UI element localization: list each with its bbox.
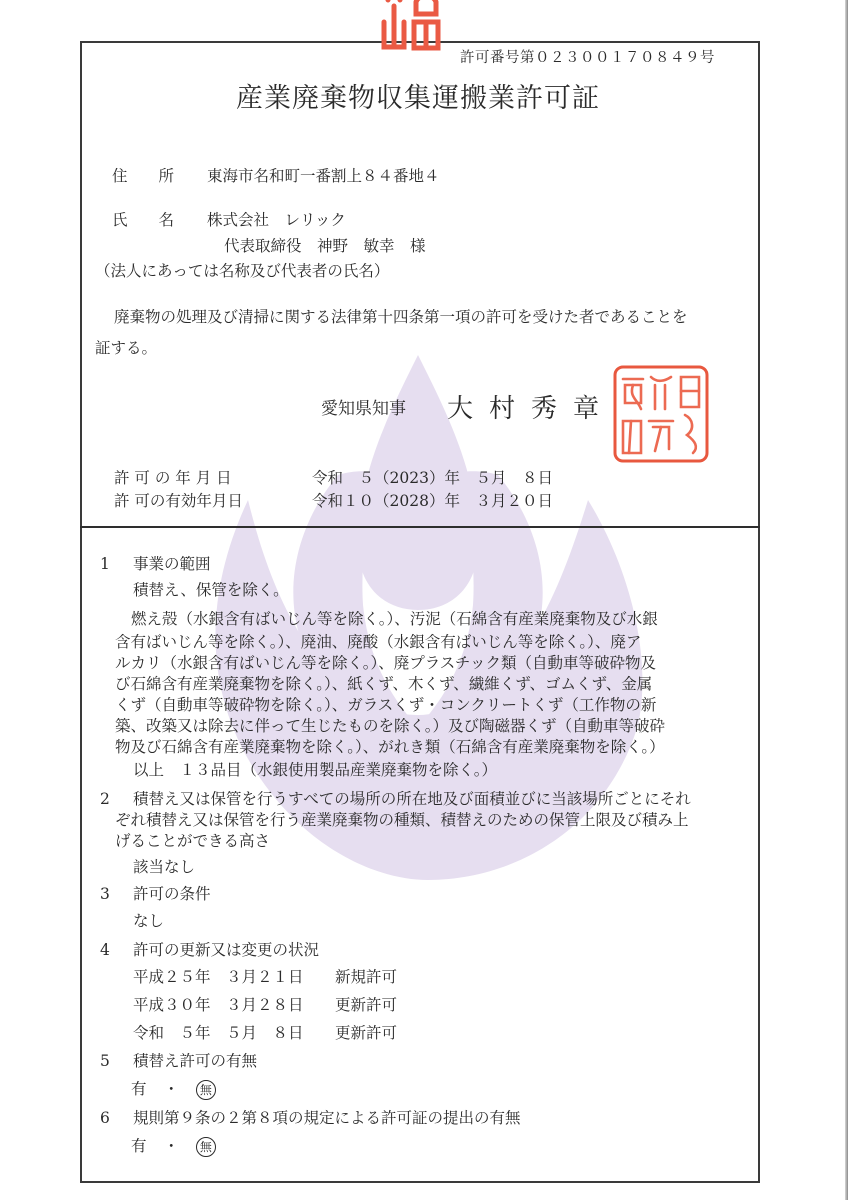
expiry-date-value: 令和１０（2028）年 ３月２０日 — [312, 491, 553, 511]
option-separator: ・ — [163, 1137, 179, 1155]
waste-list-line: び石綿含有産業廃棄物を除く。）、紙くず、木くず、繊維くず、ゴムくず、金属 — [115, 674, 665, 695]
section-1-waste-list: 燃え殻（水銀含有ばいじん等を除く。）、汚泥（石綿含有産業廃棄物及び水銀 含有ばい… — [115, 607, 665, 758]
waste-list-line: くず（自動車等破砕物を除く。）、ガラスくず・コンクリートくず（工作物の新 — [115, 695, 665, 716]
section-2-heading-line: 積替え又は保管を行うすべての場所の所在地及び面積並びに当該場所ごとにそれ — [133, 789, 691, 809]
section-1-number: 1 — [100, 554, 110, 574]
document-title: 産業廃棄物収集運搬業許可証 — [236, 82, 600, 116]
option-separator: ・ — [163, 1080, 179, 1098]
option-yes: 有 — [131, 1080, 147, 1098]
section-divider — [80, 526, 760, 528]
certification-line-1: 廃棄物の処理及び清掃に関する法律第十四条第一項の許可を受けた者であることを — [114, 307, 688, 327]
name-label: 氏 名 — [112, 210, 174, 230]
waste-list-line: ルカリ（水銀含有ばいじん等を除く。）、廃プラスチック類（自動車等破砕物及 — [115, 653, 665, 674]
permit-date-label: 許 可 の 年 月 日 — [114, 468, 232, 488]
permit-date-value: 令和 ５（2023）年 ５月 ８日 — [312, 468, 553, 488]
history-status: 新規許可 — [335, 967, 397, 987]
section-2-heading-line: ぞれ積替え又は保管を行う産業廃棄物の種類、積替えのための保管上限及び積み上 — [115, 810, 689, 830]
section-6-number: 6 — [100, 1108, 110, 1128]
section-2-heading-line: げることができる高さ — [115, 831, 270, 851]
holder-note: （法人にあっては名称及び代表者の氏名） — [95, 261, 389, 281]
section-2-number: 2 — [100, 789, 110, 809]
permit-number: 許可番号第０２３００１７０８４９号 — [460, 48, 715, 68]
section-6-heading: 規則第９条の２第８項の規定による許可証の提出の有無 — [133, 1108, 521, 1128]
expiry-date-label: 許 可の有効年月日 — [114, 491, 243, 511]
option-no-circled: 無 — [196, 1080, 216, 1100]
section-3-heading: 許可の条件 — [133, 884, 211, 904]
representative-name: 代表取締役 神野 敏幸 様 — [224, 236, 426, 256]
option-no-circled: 無 — [196, 1137, 216, 1157]
section-1-summary: 以上 １３品目（水銀使用製品産業廃棄物を除く。） — [133, 760, 497, 780]
section-1-line: 積替え、保管を除く。 — [133, 580, 289, 600]
certification-line-2: 証する。 — [95, 338, 157, 358]
section-4-heading: 許可の更新又は変更の状況 — [133, 940, 319, 960]
section-3-number: 3 — [100, 884, 110, 904]
section-5-options: 有 ・ 無 — [131, 1079, 216, 1100]
official-seal-top-icon — [378, 0, 444, 54]
waste-list-line: 物及び石綿含有産業廃棄物を除く。）、がれき類（石綿含有産業廃棄物を除く。） — [115, 737, 665, 758]
section-3-value: なし — [133, 911, 164, 931]
waste-list-line: 築、改築又は除去に伴って生じたものを除く。）及び陶磁器くず（自動車等破砕 — [115, 716, 665, 737]
company-name: 株式会社 レリック — [207, 210, 346, 230]
history-status: 更新許可 — [335, 1023, 397, 1043]
waste-list-line: 燃え殻（水銀含有ばいじん等を除く。）、汚泥（石綿含有産業廃棄物及び水銀 — [115, 607, 665, 632]
history-status: 更新許可 — [335, 995, 397, 1015]
history-date: 令和 ５年 ５月 ８日 — [133, 1023, 304, 1043]
section-5-number: 5 — [100, 1051, 110, 1071]
section-4-number: 4 — [100, 940, 110, 960]
address-value: 東海市名和町一番割上８４番地４ — [207, 166, 440, 186]
issuer-title: 愛知県知事 — [321, 399, 406, 419]
section-1-heading: 事業の範囲 — [133, 554, 211, 574]
waste-list-line: 含有ばいじん等を除く。）、廃油、廃酸（水銀含有ばいじん等を除く。）、廃ア — [115, 632, 665, 653]
section-5-heading: 積替え許可の有無 — [133, 1051, 257, 1071]
governor-seal-icon — [611, 363, 711, 465]
option-yes: 有 — [131, 1137, 147, 1155]
history-date: 平成３０年 ３月２８日 — [133, 995, 304, 1015]
section-6-options: 有 ・ 無 — [131, 1136, 216, 1157]
section-2-value: 該当なし — [133, 857, 195, 877]
address-label: 住 所 — [112, 166, 174, 186]
issuer-name: 大村秀章 — [447, 393, 615, 425]
history-date: 平成２５年 ３月２１日 — [133, 967, 304, 987]
